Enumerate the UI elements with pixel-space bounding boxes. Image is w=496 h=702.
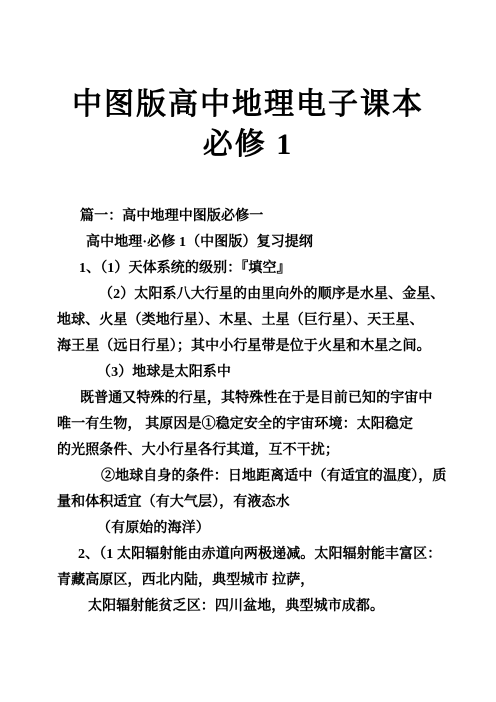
text-line: 量和体积适宜（有大气层），有液态水 [57,490,439,516]
text-line: 地球、火星（类地行星）、木星、土星（巨行星）、天王星、 [57,308,439,334]
text-line: （2）太阳系八大行星的由里向外的顺序是水星、金星、 [57,282,439,308]
text-line: 的光照条件、大小行星各行其道，互不干扰； [57,438,439,464]
text-line: 既普通又特殊的行星，其特殊性在于是目前已知的宇宙中 [57,386,439,412]
text-line: 唯一有生物， 其原因是①稳定安全的宇宙环境：太阳稳定 [57,412,439,438]
text-line: 1、（1）天体系统的级别：『填空』 [57,256,439,282]
document-page: 中图版高中地理电子课本 必修 1 篇一：高中地理中图版必修一高中地理·必修 1（… [0,0,496,702]
text-line: 篇一：高中地理中图版必修一 [57,204,439,230]
document-body: 篇一：高中地理中图版必修一高中地理·必修 1（中图版）复习提纲1、（1）天体系统… [57,204,439,620]
title-line-2: 必修 1 [0,125,496,165]
text-line: （有原始的海洋） [57,516,439,542]
text-line: （3）地球是太阳系中 [57,360,439,386]
text-line: ②地球自身的条件：日地距离适中（有适宜的温度），质 [57,464,439,490]
text-line: 海王星（远日行星）；其中小行星带是位于火星和木星之间。 [57,334,439,360]
text-line: 青藏高原区，西北内陆，典型城市 拉萨， [57,568,439,594]
text-line: 太阳辐射能贫乏区：四川盆地，典型城市成都。 [57,594,439,620]
title-line-1: 中图版高中地理电子课本 [0,85,496,125]
document-title: 中图版高中地理电子课本 必修 1 [0,85,496,165]
text-line: 高中地理·必修 1（中图版）复习提纲 [57,230,439,256]
text-line: 2、（1 太阳辐射能由赤道向两极递减。太阳辐射能丰富区： [57,542,439,568]
